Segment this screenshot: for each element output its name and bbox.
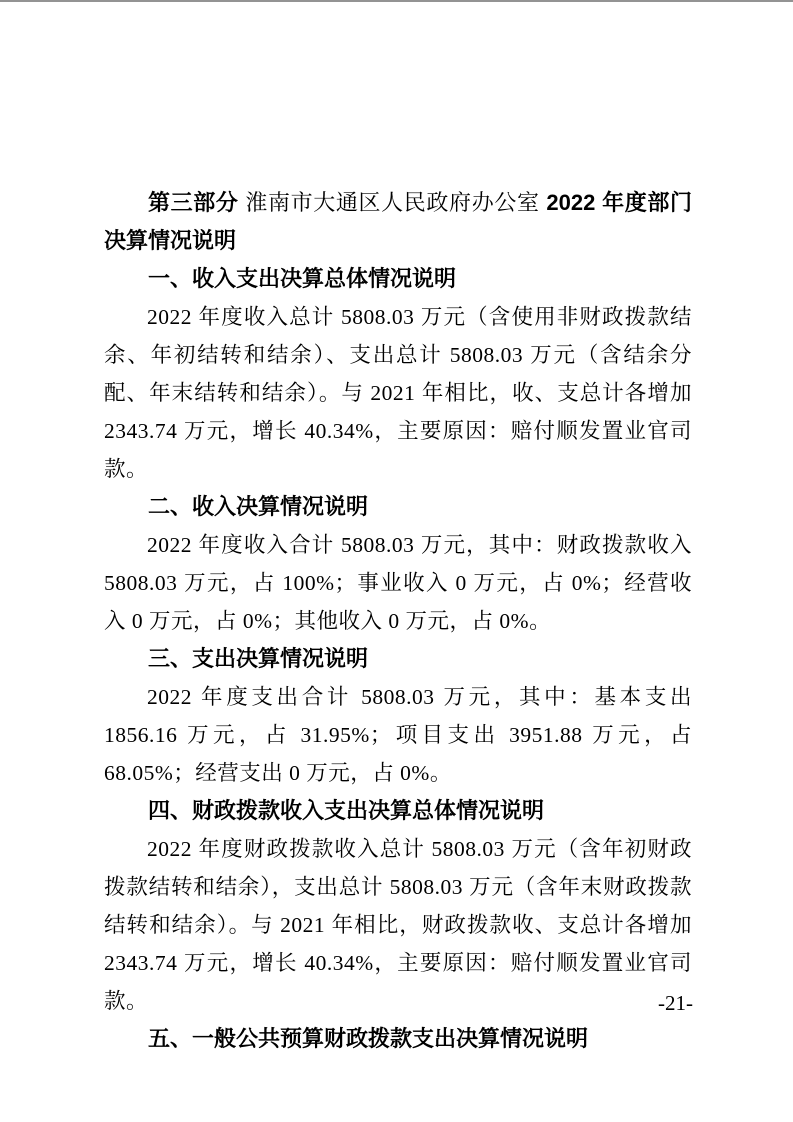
scan-artifact-line [0,0,793,2]
document-title: 第三部分 淮南市大通区人民政府办公室 2022 年度部门决算情况说明 [104,184,692,260]
document-content: 第三部分 淮南市大通区人民政府办公室 2022 年度部门决算情况说明 一、收入支… [104,184,692,1058]
section-fiscal-appropriation-overview: 四、财政拨款收入支出决算总体情况说明 2022 年度财政拨款收入总计 5808.… [104,792,692,1020]
section-heading-5: 五、一般公共预算财政拨款支出决算情况说明 [104,1020,692,1058]
document-page: 第三部分 淮南市大通区人民政府办公室 2022 年度部门决算情况说明 一、收入支… [0,0,793,1122]
section-heading-4: 四、财政拨款收入支出决算总体情况说明 [104,792,692,830]
section-paragraph-2: 2022 年度收入合计 5808.03 万元，其中：财政拨款收入 5808.03… [104,526,692,640]
section-income-expense-overview: 一、收入支出决算总体情况说明 2022 年度收入总计 5808.03 万元（含使… [104,260,692,488]
section-heading-3: 三、支出决算情况说明 [104,640,692,678]
organization-name: 淮南市大通区人民政府办公室 [245,190,539,215]
section-paragraph-1: 2022 年度收入总计 5808.03 万元（含使用非财政拨款结余、年初结转和结… [104,298,692,488]
page-number: -21- [658,992,693,1014]
section-public-budget-expense: 五、一般公共预算财政拨款支出决算情况说明 [104,1020,692,1058]
section-heading-2: 二、收入决算情况说明 [104,488,692,526]
section-paragraph-3: 2022 年度支出合计 5808.03 万元，其中：基本支出 1856.16 万… [104,678,692,792]
title-part-label: 第三部分 [148,190,245,215]
section-paragraph-4: 2022 年度财政拨款收入总计 5808.03 万元（含年初财政拨款结转和结余）… [104,830,692,1020]
section-expense-detail: 三、支出决算情况说明 2022 年度支出合计 5808.03 万元，其中：基本支… [104,640,692,792]
section-income-detail: 二、收入决算情况说明 2022 年度收入合计 5808.03 万元，其中：财政拨… [104,488,692,640]
section-heading-1: 一、收入支出决算总体情况说明 [104,260,692,298]
